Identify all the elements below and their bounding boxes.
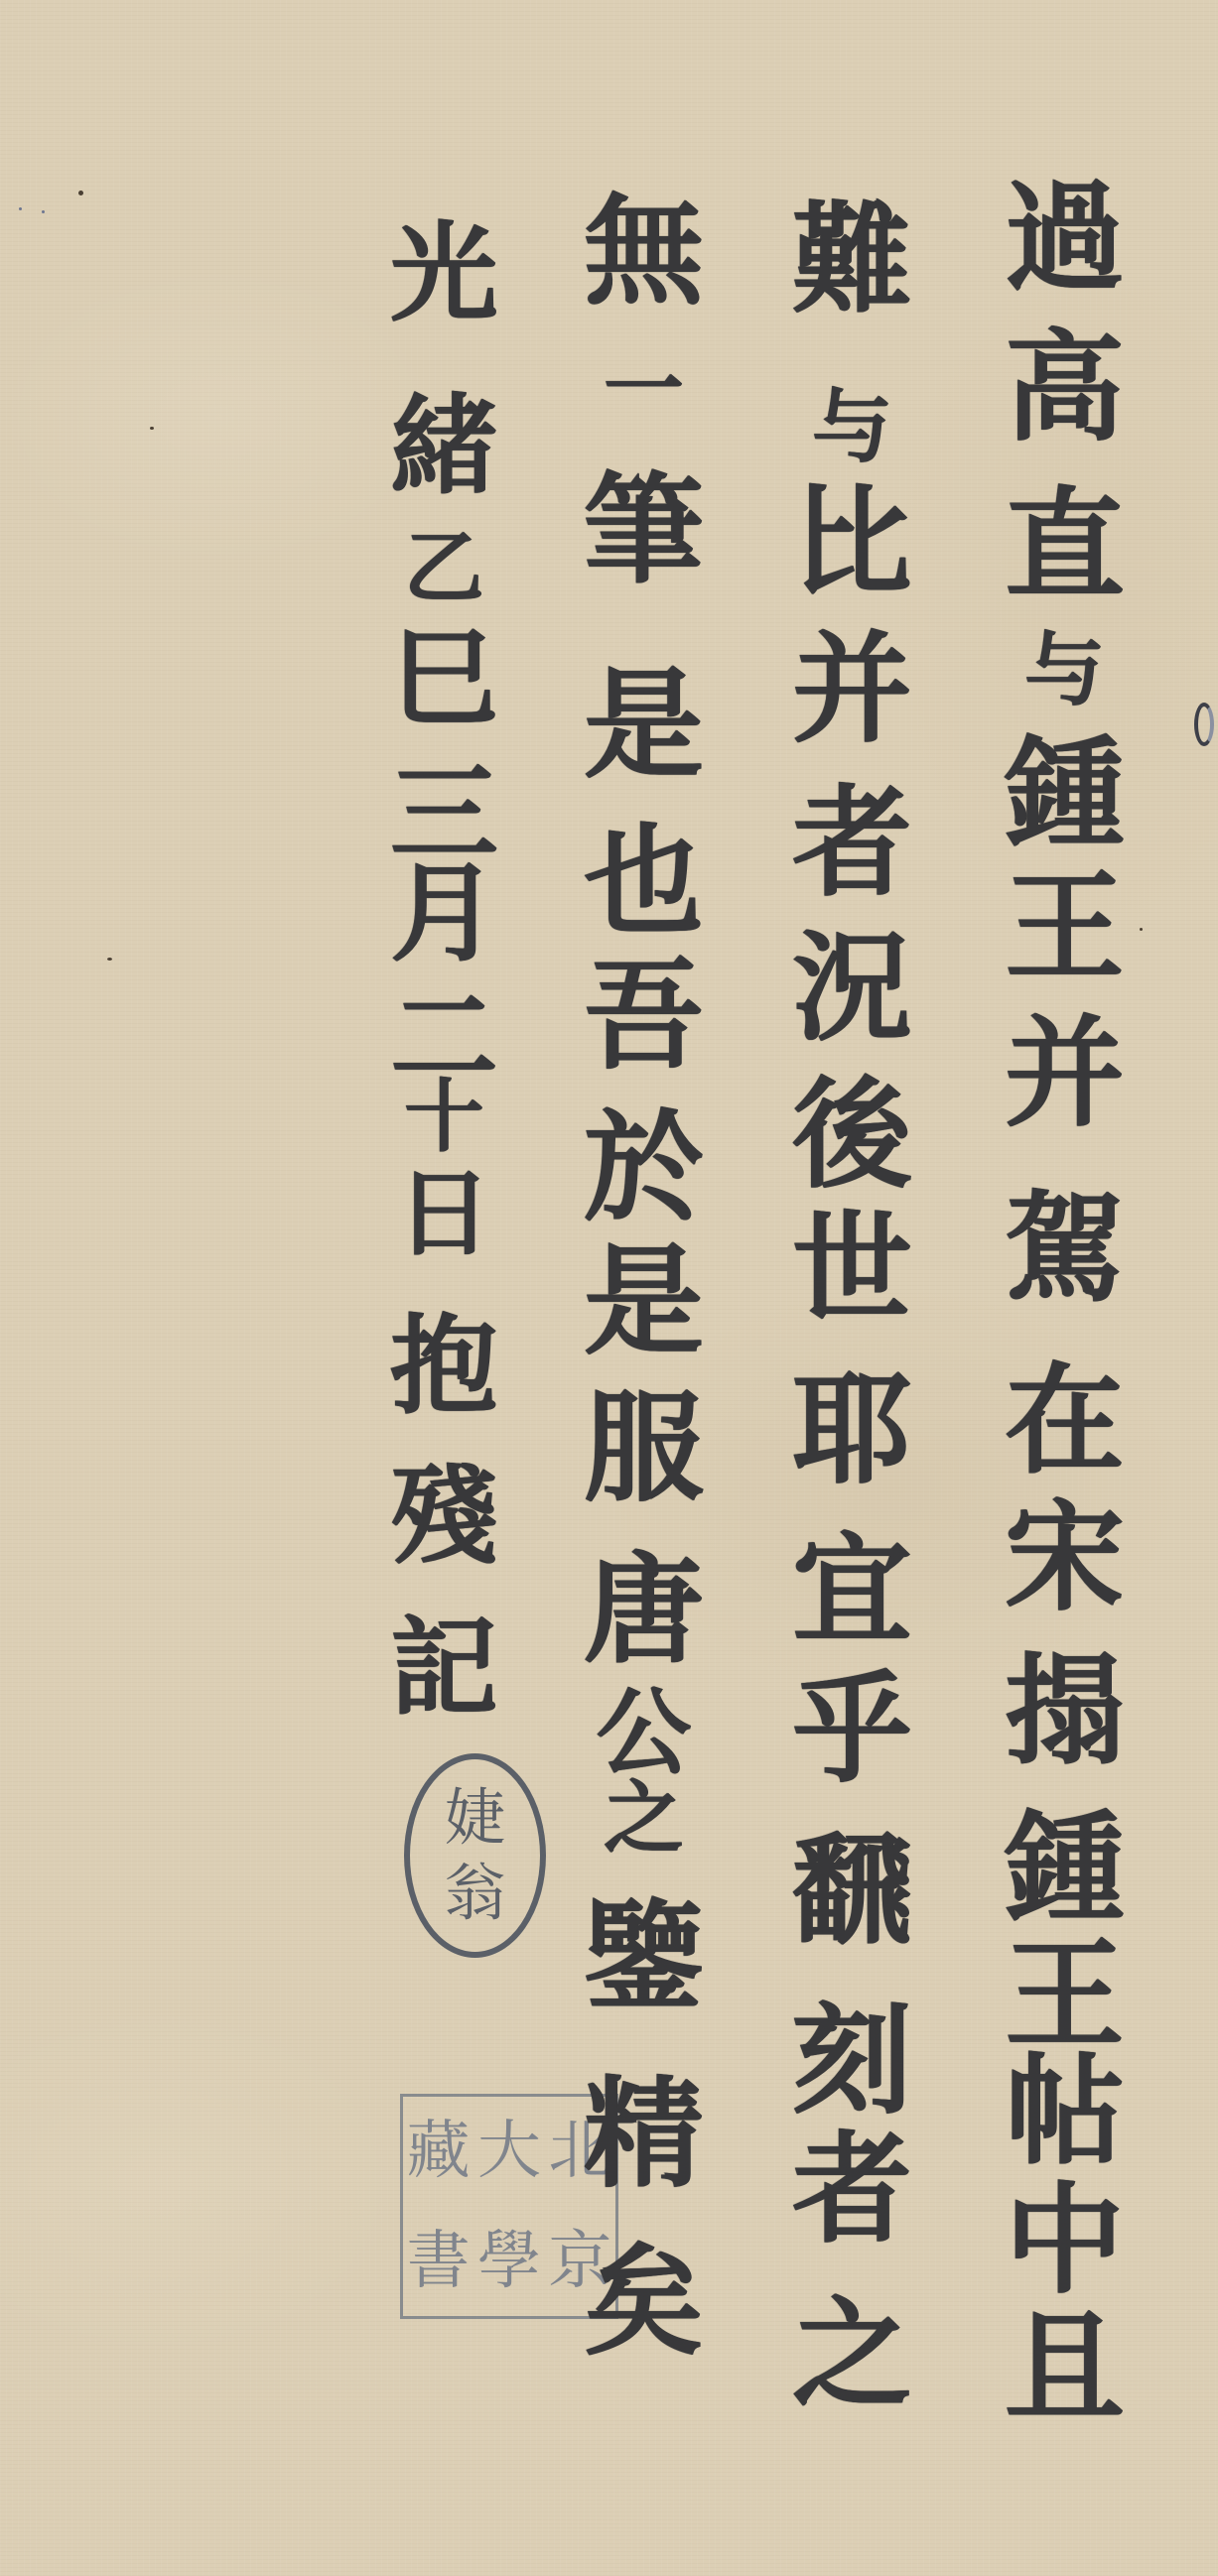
oval-seal: 婕 翁 [404,1753,546,1958]
character: 巳 [359,625,528,732]
character: 并 [980,1014,1149,1133]
character: 直 [980,486,1149,605]
character: 搨 [980,1652,1149,1771]
character: 於 [559,1108,728,1227]
character: 日 [359,1167,528,1261]
character: 鍾 [980,734,1149,853]
character: 無 [559,193,728,312]
character: 世 [767,1210,936,1329]
character: 十 [359,1077,528,1156]
character: 吾 [559,957,728,1076]
character: 王 [980,1936,1149,2055]
text-column-1: 過 高 直 与 鍾 王 并 駕 在 宋 搨 鍾 王 帖 中 且 [980,0,1149,2576]
character: 唐 [559,1551,728,1670]
character: 王 [980,868,1149,987]
character: 者 [767,784,936,903]
ink-mark [1194,703,1214,746]
seal-character: 藏 [407,2104,471,2199]
character: 是 [559,1242,728,1361]
character: 帖 [980,2052,1149,2171]
text-column-2: 難 与 比 并 者 況 後 世 耶 宜 乎 飜 刻 者 之 [767,0,936,2576]
character: 乎 [767,1670,936,1789]
character: 緒 [359,393,528,500]
character: 并 [767,630,936,749]
character: 過 [980,179,1149,298]
character: 況 [767,929,936,1048]
seal-character: 翁 [444,1856,505,1931]
character: 鑒 [559,1898,728,2017]
paper-speck [19,207,22,210]
character: 之 [767,2295,936,2414]
seal-character: 書 [407,2214,471,2309]
character: 刻 [767,2001,936,2121]
character: 難 [767,200,936,320]
character: 公 [559,1686,728,1780]
character: 矣 [559,2243,728,2362]
character: 光 [359,220,528,327]
character: 月 [359,860,528,967]
seal-character: 婕 [444,1780,505,1856]
signature-character: 殘 [359,1463,528,1570]
paper-speck [150,427,154,430]
seal-column-left: 藏 書 [407,2097,471,2316]
seal-character: 大 [477,2104,541,2199]
character: 也 [559,823,728,942]
seal-character: 學 [477,2214,541,2309]
character: 服 [559,1389,728,1508]
character: 中 [980,2181,1149,2300]
character: 鍾 [980,1809,1149,1928]
signature-character: 抱 [359,1313,528,1420]
character: 駕 [980,1190,1149,1309]
character: 精 [559,2075,728,2194]
character: 与 [767,387,936,466]
character: 之 [559,1778,728,1858]
character: 一 [559,349,728,429]
character: 後 [767,1076,936,1195]
character: 宋 [980,1498,1149,1617]
character: 飜 [767,1832,936,1951]
paper-speck [78,191,83,195]
character: 筆 [559,471,728,590]
character: 与 [980,630,1149,709]
character: 記 [359,1614,528,1722]
paper-speck [42,210,45,213]
text-column-3: 無 一 筆 是 也 吾 於 是 服 唐 公 之 鑒 精 矣 [559,0,728,2576]
character: 是 [559,666,728,785]
calligraphy-page: 過 高 直 与 鍾 王 并 駕 在 宋 搨 鍾 王 帖 中 且 難 与 比 并 … [0,0,1218,2576]
paper-speck [107,958,112,961]
character: 耶 [767,1371,936,1490]
character: 比 [767,483,936,602]
character: 高 [980,328,1149,448]
character: 且 [980,2308,1149,2427]
character: 宜 [767,1531,936,1650]
character: 者 [767,2130,936,2250]
seal-column-middle: 大 學 [477,2097,541,2316]
character: 乙 [359,528,528,607]
character: 在 [980,1361,1149,1481]
